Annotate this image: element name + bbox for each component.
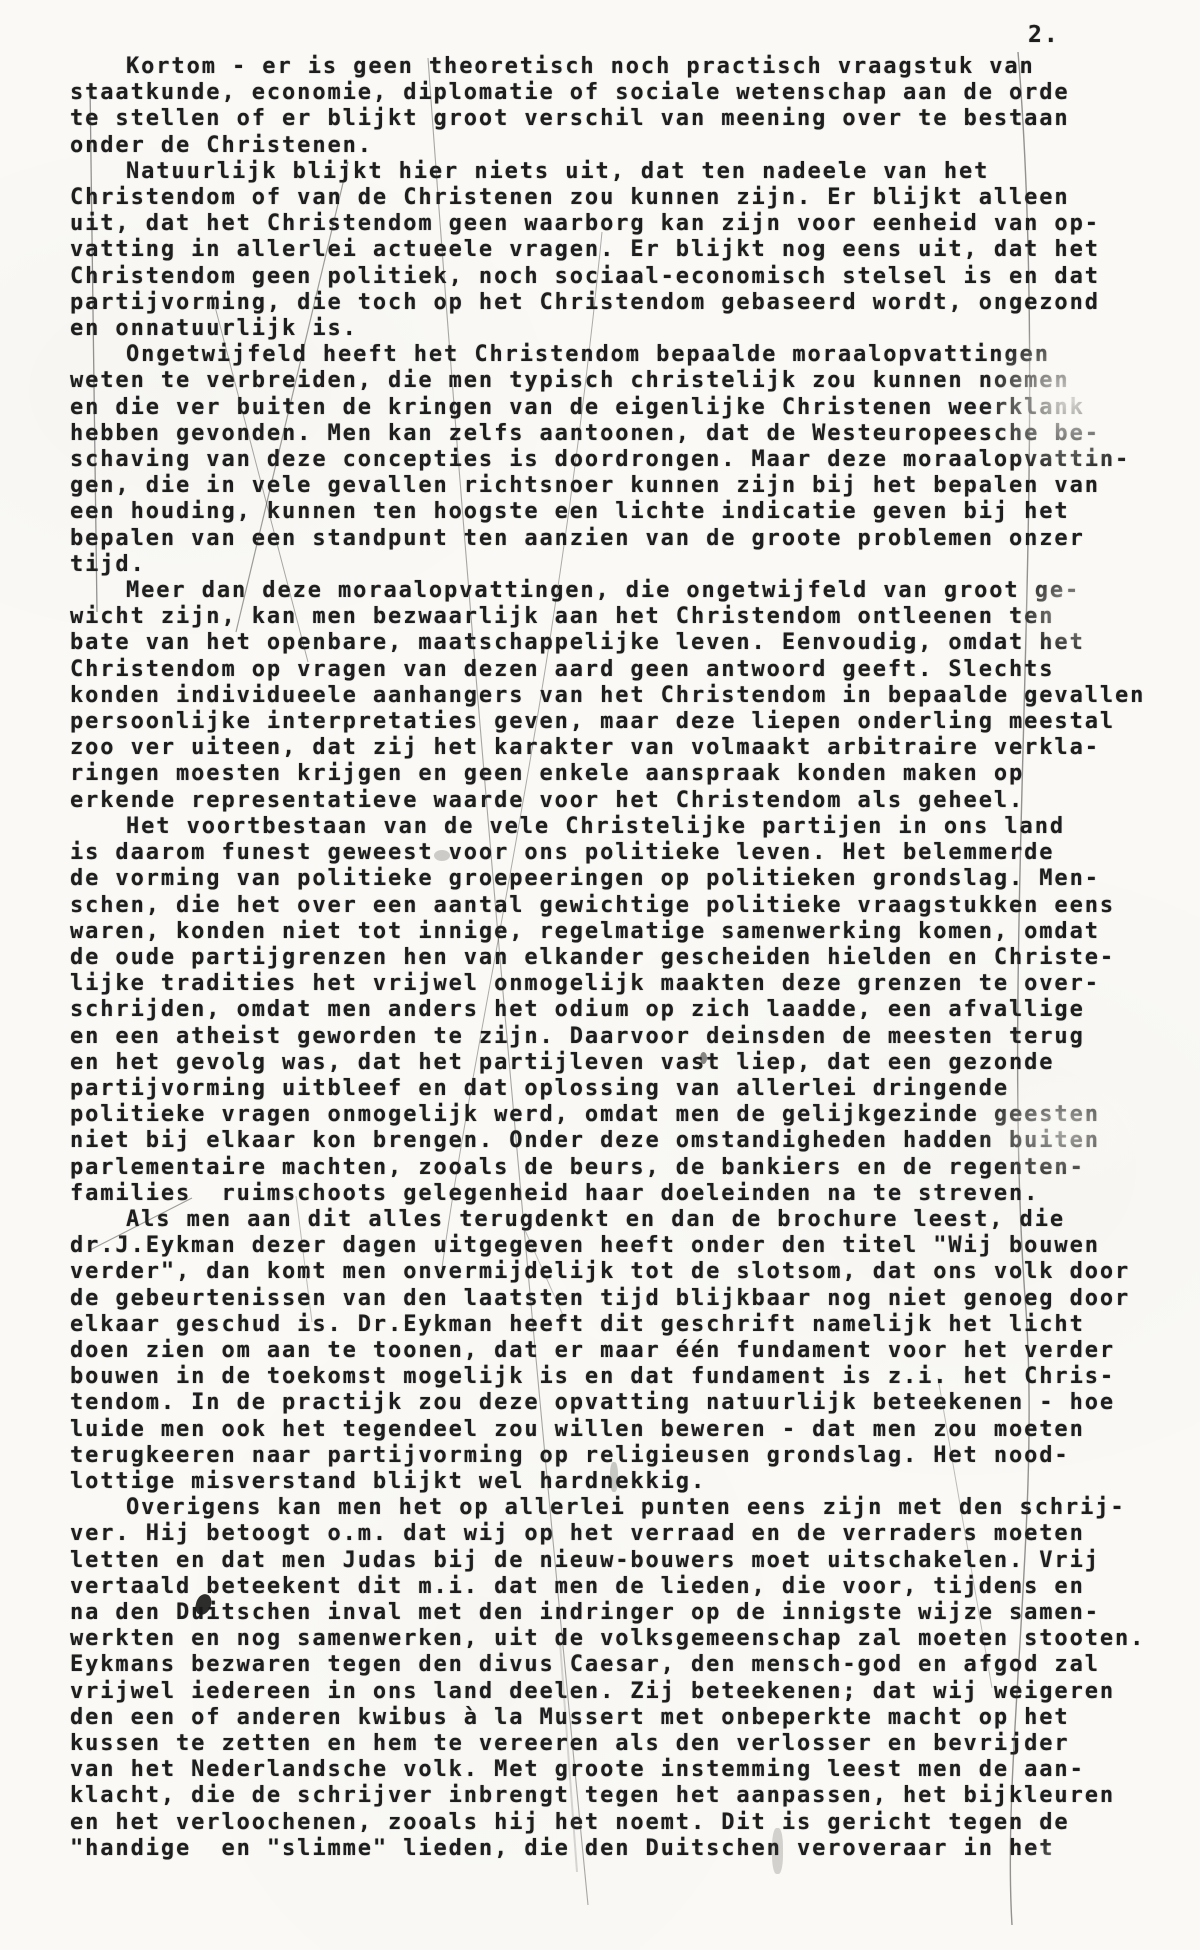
paragraph: Kortom - er is geen theoretisch noch pra… [70, 54, 1170, 159]
document-body: Kortom - er is geen theoretisch noch pra… [70, 54, 1170, 1862]
paragraph: Als men aan dit alles terugdenkt en dan … [70, 1207, 1170, 1495]
document-page: 2. Kortom - er is geen theoretisch noch … [0, 0, 1200, 1950]
paragraph: Overigens kan men het op allerlei punten… [70, 1495, 1170, 1862]
page-number: 2. [1028, 22, 1060, 48]
paragraph: Meer dan deze moraalopvattingen, die ong… [70, 578, 1170, 814]
paragraph: Natuurlijk blijkt hier niets uit, dat te… [70, 159, 1170, 342]
paragraph: Het voortbestaan van de vele Christelijk… [70, 814, 1170, 1207]
paragraph: Ongetwijfeld heeft het Christendom bepaa… [70, 342, 1170, 578]
